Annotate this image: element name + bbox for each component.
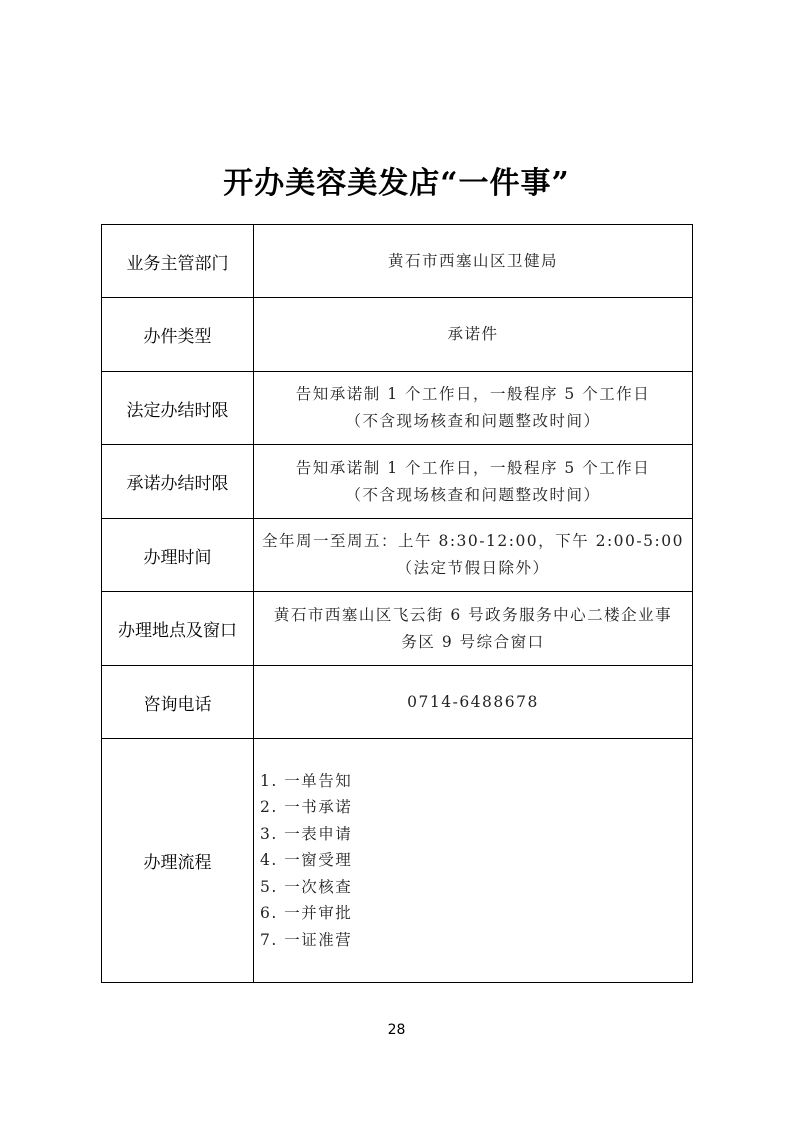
row-label: 承诺办结时限 [102, 445, 254, 519]
table-row-legal-time-limit: 法定办结时限 告知承诺制 1 个工作日，一般程序 5 个工作日 （不含现场核查和… [102, 372, 693, 445]
row-label: 办理时间 [102, 519, 254, 592]
row-value: 告知承诺制 1 个工作日，一般程序 5 个工作日 （不含现场核查和问题整改时间） [254, 445, 693, 519]
value-line: 告知承诺制 1 个工作日，一般程序 5 个工作日 [260, 455, 686, 482]
value-line: 黄石市西塞山区卫健局 [260, 248, 686, 275]
row-value: 全年周一至周五：上午 8:30-12:00，下午 2:00-5:00 （法定节假… [254, 519, 693, 592]
row-value: 黄石市西塞山区飞云街 6 号政务服务中心二楼企业事 务区 9 号综合窗口 [254, 592, 693, 666]
table-row-case-type: 办件类型 承诺件 [102, 298, 693, 372]
process-steps: 1. 一单告知 2. 一书承诺 3. 一表申请 4. 一窗受理 5. 一次核查 … [254, 739, 693, 983]
value-line: 承诺件 [260, 321, 686, 348]
process-step: 2. 一书承诺 [260, 794, 686, 821]
document-title: 开办美容美发店“一件事” [0, 158, 793, 202]
table-row-office-hours: 办理时间 全年周一至周五：上午 8:30-12:00，下午 2:00-5:00 … [102, 519, 693, 592]
table-row-process: 办理流程 1. 一单告知 2. 一书承诺 3. 一表申请 4. 一窗受理 5. … [102, 739, 693, 983]
row-label: 办件类型 [102, 298, 254, 372]
process-step: 1. 一单告知 [260, 768, 686, 795]
page-number: 28 [0, 1022, 793, 1038]
process-step: 5. 一次核查 [260, 874, 686, 901]
process-step-list: 1. 一单告知 2. 一书承诺 3. 一表申请 4. 一窗受理 5. 一次核查 … [260, 768, 686, 954]
phone-number: 0714-6488678 [260, 689, 686, 716]
row-label: 业务主管部门 [102, 225, 254, 298]
row-label: 办理地点及窗口 [102, 592, 254, 666]
process-step: 7. 一证准营 [260, 927, 686, 954]
value-line: （不含现场核查和问题整改时间） [260, 482, 686, 509]
row-value: 承诺件 [254, 298, 693, 372]
table-row-location: 办理地点及窗口 黄石市西塞山区飞云街 6 号政务服务中心二楼企业事 务区 9 号… [102, 592, 693, 666]
table-row-phone: 咨询电话 0714-6488678 [102, 666, 693, 739]
process-step: 4. 一窗受理 [260, 847, 686, 874]
table-row-promised-time-limit: 承诺办结时限 告知承诺制 1 个工作日，一般程序 5 个工作日 （不含现场核查和… [102, 445, 693, 519]
value-line: （不含现场核查和问题整改时间） [260, 408, 686, 435]
row-value: 黄石市西塞山区卫健局 [254, 225, 693, 298]
value-line: 全年周一至周五：上午 8:30-12:00，下午 2:00-5:00 [260, 528, 686, 555]
row-label: 法定办结时限 [102, 372, 254, 445]
row-label: 咨询电话 [102, 666, 254, 739]
row-value: 0714-6488678 [254, 666, 693, 739]
value-line: 黄石市西塞山区飞云街 6 号政务服务中心二楼企业事 [260, 602, 686, 629]
process-step: 6. 一并审批 [260, 900, 686, 927]
value-line: 务区 9 号综合窗口 [260, 629, 686, 656]
row-label: 办理流程 [102, 739, 254, 983]
table-row-department: 业务主管部门 黄石市西塞山区卫健局 [102, 225, 693, 298]
process-step: 3. 一表申请 [260, 821, 686, 848]
service-info-table: 业务主管部门 黄石市西塞山区卫健局 办件类型 承诺件 法定办结时限 告知承诺制 … [101, 224, 693, 983]
row-value: 告知承诺制 1 个工作日，一般程序 5 个工作日 （不含现场核查和问题整改时间） [254, 372, 693, 445]
value-line: 告知承诺制 1 个工作日，一般程序 5 个工作日 [260, 381, 686, 408]
value-line: （法定节假日除外） [260, 555, 686, 582]
